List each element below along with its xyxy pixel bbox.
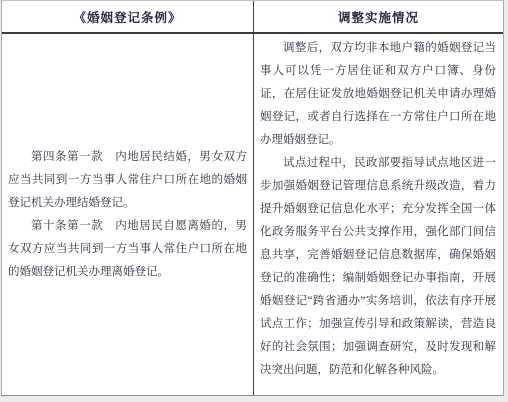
table-body-row: 第四条第一款 内地居民结婚，男女双方应当共同到一方当事人常住户口所在地的婚姻登记… xyxy=(2,34,503,395)
header-cell-regulation: 《婚姻登记条例》 xyxy=(2,1,254,32)
header-cell-implementation: 调整实施情况 xyxy=(254,1,503,32)
implementation-header-label: 调整实施情况 xyxy=(338,8,419,26)
implementation-paragraph-adjustment: 调整后，双方均非本地户籍的婚姻登记当事人可以凭一方居住证和双方户口簿、身份证，在… xyxy=(260,37,496,152)
regulation-paragraph-article10: 第十条第一款 内地居民自愿离婚的，男女双方应当共同到一方当事人常住户口所在地的婚… xyxy=(8,215,247,284)
regulation-comparison-table: 《婚姻登记条例》 调整实施情况 第四条第一款 内地居民结婚，男女双方应当共同到一… xyxy=(1,0,504,396)
implementation-paragraph-pilot: 试点过程中，民政部要指导试点地区进一步加强婚姻登记管理信息系统升级改造，着力提升… xyxy=(260,152,496,382)
table-header-row: 《婚姻登记条例》 调整实施情况 xyxy=(2,1,503,34)
regulation-paragraph-article4: 第四条第一款 内地居民结婚，男女双方应当共同到一方当事人常住户口所在地的婚姻登记… xyxy=(8,146,247,215)
regulation-header-label: 《婚姻登记条例》 xyxy=(73,8,181,26)
implementation-cell: 调整后，双方均非本地户籍的婚姻登记当事人可以凭一方居住证和双方户口簿、身份证，在… xyxy=(254,34,503,395)
regulation-cell: 第四条第一款 内地居民结婚，男女双方应当共同到一方当事人常住户口所在地的婚姻登记… xyxy=(2,34,254,395)
